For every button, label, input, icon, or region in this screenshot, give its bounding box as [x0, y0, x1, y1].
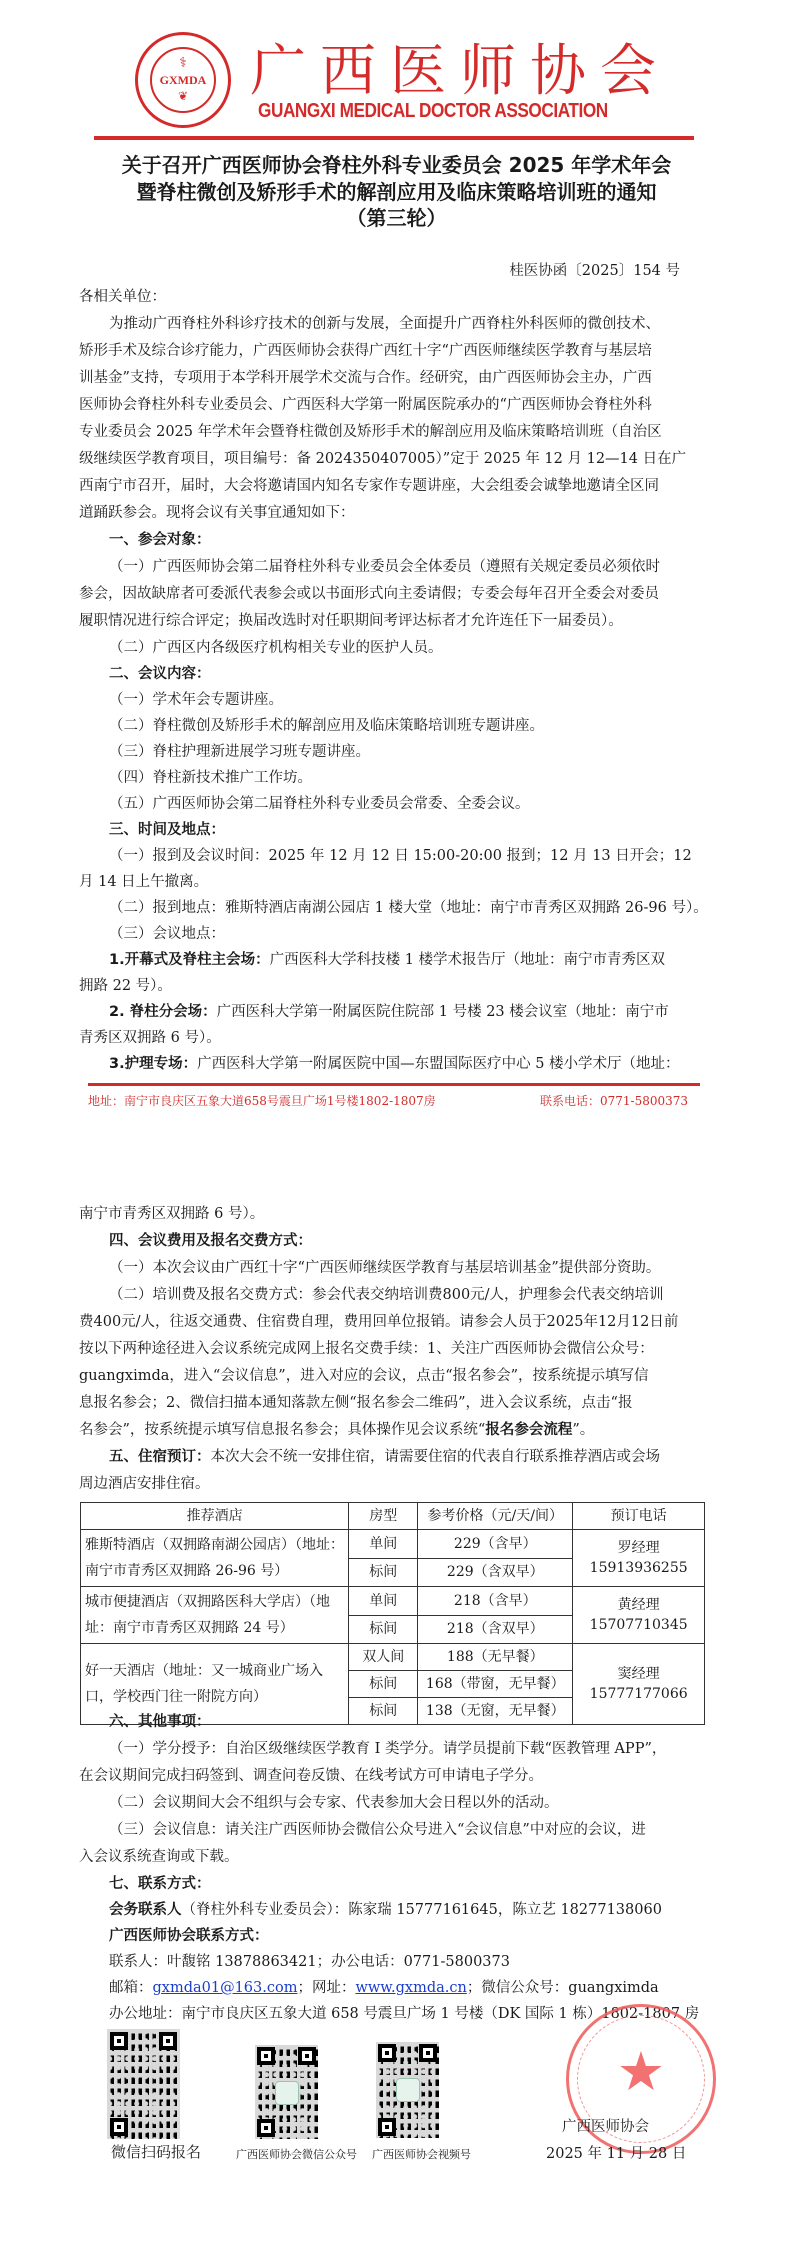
qr-code-registration[interactable] — [107, 2029, 180, 2139]
room-price: 229（含双早） — [418, 1558, 573, 1587]
venue-main-label: 1.开幕式及脊柱主会场： — [109, 952, 270, 968]
salutation: 各相关单位： — [79, 283, 706, 311]
table-header: 预订电话 — [573, 1503, 705, 1530]
fees-item: 息报名参会；2、微信扫描本通知落款左侧“报名参会二维码”，进入会议系统，点击“报 — [79, 1389, 706, 1417]
time-line: 月 14 日上午撤离。 — [79, 868, 706, 896]
accommodation-text: 本次大会不统一安排住宿，请需要住宿的代表自行联系推荐酒店或会场 — [211, 1449, 661, 1465]
org-name-en: GUANGXI MEDICAL DOCTOR ASSOCIATION — [258, 100, 608, 123]
fees-item: （一）本次会议由广西红十字“广西医师继续医学教育与基层培训基金”提供部分资助。 — [79, 1254, 706, 1282]
fees-text: 名参会”，按系统提示填写信息报名参会；具体操作见会议系统“ — [79, 1422, 485, 1438]
table-row: 雅斯特酒店（双拥路南湖公园店）（地址：南宁市青秀区双拥路 26-96 号） 单间… — [81, 1530, 705, 1559]
org-name-cn: 广西医师协会 — [250, 40, 600, 104]
star-icon: ★ — [569, 2045, 713, 2099]
room-type: 标间 — [349, 1558, 418, 1587]
room-price: 188（无早餐） — [418, 1644, 573, 1671]
table-header-row: 推荐酒店 房型 参考价格（元/天/间） 预订电话 — [81, 1503, 705, 1530]
logo-inner-ring: ⚕ GXMDA ❦ — [150, 47, 216, 113]
room-type: 标间 — [349, 1615, 418, 1644]
venue-nursing: 3.护理专场：广西医科大学第一附属医院中国—东盟国际医疗中心 5 楼小学术厅（地… — [79, 1050, 706, 1078]
other-item: 入会议系统查询或下载。 — [79, 1843, 706, 1871]
attendees-item: 参会，因故缺席者可委派代表参会或以书面形式向主委请假；专委会每年召开全委会对委员 — [79, 580, 706, 608]
page-footer-phone: 联系电话：0771-5800373 — [540, 1092, 688, 1109]
venue-main-cont: 拥路 22 号）。 — [79, 972, 706, 1000]
section-heading-accommodation: 五、住宿预订： — [109, 1449, 211, 1465]
intro-line: 矫形手术及综合诊疗能力，广西医师协会获得广西红十字“广西医师继续医学教育与基层培 — [79, 337, 706, 365]
contact-phone: 15777177066 — [577, 1684, 700, 1704]
laurel-icon: ❦ — [152, 89, 214, 103]
section-heading-fees: 四、会议费用及报名交费方式： — [79, 1227, 706, 1255]
room-price: 218（含早） — [418, 1587, 573, 1616]
qr-caption: 广西医师协会微信公众号 — [236, 2146, 357, 2162]
assoc-contact-line: 联系人：叶馥铭 13878863421；办公电话：0771-5800373 — [79, 1948, 706, 1976]
time-line: （一）报到及会议时间：2025 年 12 月 12 日 15:00-20:00 … — [79, 842, 706, 870]
venue-main: 1.开幕式及脊柱主会场：广西医科大学科技楼 1 楼学术报告厅（地址：南宁市青秀区… — [79, 946, 706, 974]
venue-branch: 2. 脊柱分会场：广西医科大学第一附属医院住院部 1 号楼 23 楼会议室（地址… — [79, 998, 706, 1026]
intro-line: 西南宁市召开，届时，大会将邀请国内知名专家作专题讲座，大会组委会诚挚地邀请全区同 — [79, 472, 706, 500]
hotel-table: 推荐酒店 房型 参考价格（元/天/间） 预订电话 雅斯特酒店（双拥路南湖公园店）… — [80, 1502, 705, 1725]
contact-phone: 15707710345 — [577, 1615, 700, 1635]
intro-line: 道踊跃参会。现将会议有关事宜通知如下： — [79, 499, 706, 527]
assoc-contact-heading: 广西医师协会联系方式： — [79, 1922, 706, 1950]
content-item: （一）学术年会专题讲座。 — [79, 686, 706, 714]
checkin-location: （二）报到地点：雅斯特酒店南湖公园店 1 楼大堂（地址：南宁市青秀区双拥路 26… — [79, 894, 706, 922]
attendees-item: （一）广西医师协会第二届脊柱外科专业委员会全体委员（遵照有关规定委员必须依时 — [79, 553, 706, 581]
intro-line: 训基金”支持，专项用于本学科开展学术交流与合作。经研究，由广西医师协会主办，广西 — [79, 364, 706, 392]
intro-line: 专业委员会 2025 年学术年会暨脊柱微创及矫形手术的解剖应用及临床策略培训班（… — [79, 418, 706, 446]
letterhead-divider — [94, 136, 694, 140]
section-heading-contact: 七、联系方式： — [79, 1870, 706, 1898]
venue-branch-text: 广西医科大学第一附属医院住院部 1 号楼 23 楼会议室（地址：南宁市 — [217, 1004, 669, 1020]
room-type: 双人间 — [349, 1644, 418, 1671]
attendees-item: （二）广西区内各级医疗机构相关专业的医护人员。 — [79, 634, 706, 662]
room-type: 单间 — [349, 1587, 418, 1616]
doc-title-line2: 暨脊柱微创及矫形手术的解剖应用及临床策略培训班的通知 — [60, 179, 733, 206]
fees-item: guangximda，进入“会议信息”，进入对应的会议，点击“报名参会”，按系统… — [79, 1362, 706, 1390]
section-heading-content: 二、会议内容： — [79, 660, 706, 688]
other-item: （二）会议期间大会不组织与会专家、代表参加大会日程以外的活动。 — [79, 1789, 706, 1817]
logo-text: GXMDA — [152, 73, 214, 88]
other-item: 在会议期间完成扫码签到、调查问卷反馈、在线考试方可申请电子学分。 — [79, 1762, 706, 1790]
qr-center-logo-icon — [396, 2078, 420, 2102]
fees-item-last: 名参会”，按系统提示填写信息报名参会；具体操作见会议系统“报名参会流程”。 — [79, 1416, 706, 1444]
content-item: （四）脊柱新技术推广工作坊。 — [79, 764, 706, 792]
affairs-contact: 会务联系人（脊柱外科专业委员会）：陈家瑞 15777161645，陈立艺 182… — [79, 1896, 706, 1924]
intro-line: 医师协会脊柱外科专业委员会、广西医科大学第一附属医院承办的“广西医师协会脊柱外科 — [79, 391, 706, 419]
fees-item: 按以下两种途径进入会议系统完成网上报名交费手续：1、关注广西医师协会微信公众号： — [79, 1335, 706, 1363]
email-link[interactable]: gxmda01@163.com — [153, 1980, 298, 1996]
caduceus-icon: ⚕ — [152, 55, 214, 71]
table-row: 城市便捷酒店（双拥路医科大学店）（地址：南宁市青秀区双拥路 24 号） 单间 2… — [81, 1587, 705, 1616]
signature-date: 2025 年 11 月 28 日 — [546, 2142, 686, 2163]
page-footer-divider — [88, 1083, 700, 1086]
room-price: 218（含双早） — [418, 1615, 573, 1644]
intro-line: 级继续医学教育项目，项目编号：备 2024350407005）”定于 2025 … — [79, 445, 706, 473]
accommodation-cont: 周边酒店安排住宿。 — [79, 1470, 706, 1498]
qr-code-wechat-account[interactable] — [255, 2045, 318, 2139]
contact-name: 罗经理 — [577, 1538, 700, 1558]
registration-flow-label: 报名参会流程 — [485, 1422, 572, 1438]
fees-item: （二）培训费及报名交费方式：参会代表交纳培训费800元/人，护理参会代表交纳培训 — [79, 1281, 706, 1309]
doc-title-line3: （第三轮） — [60, 205, 733, 232]
qr-caption: 广西医师协会视频号 — [372, 2146, 471, 2162]
room-type: 单间 — [349, 1530, 418, 1559]
contact-phone: 15913936255 — [577, 1558, 700, 1578]
doc-title-line1: 关于召开广西医师协会脊柱外科专业委员会 2025 年学术年会 — [60, 152, 733, 179]
page-footer-address: 地址：南宁市良庆区五象大道658号震旦广场1号楼1802-1807房 — [88, 1092, 436, 1109]
intro-line: 为推动广西脊柱外科诊疗技术的创新与发展，全面提升广西脊柱外科医师的微创技术、 — [79, 310, 706, 338]
fees-item: 费400元/人，往返交通费、住宿费自理，费用回单位报销。请参会人员于2025年1… — [79, 1308, 706, 1336]
website-link[interactable]: www.gxmda.cn — [355, 1980, 466, 1996]
venue-branch-cont: 青秀区双拥路 6 号）。 — [79, 1024, 706, 1052]
accommodation-line: 五、住宿预订：本次大会不统一安排住宿，请需要住宿的代表自行联系推荐酒店或会场 — [79, 1443, 706, 1471]
qr-code-video-account[interactable] — [376, 2042, 439, 2138]
table-row: 好一天酒店（地址：又一城商业广场入口，学校西门往一附院方向） 双人间 188（无… — [81, 1644, 705, 1671]
other-item: （一）学分授予：自治区级继续医学教育 I 类学分。请学员提前下载“医教管理 AP… — [79, 1735, 706, 1763]
signature-org: 广西医师协会 — [562, 2115, 649, 2136]
qr-center-logo-icon — [275, 2081, 299, 2105]
content-item: （二）脊柱微创及矫形手术的解剖应用及临床策略培训班专题讲座。 — [79, 712, 706, 740]
table-header: 房型 — [349, 1503, 418, 1530]
room-type: 标间 — [349, 1671, 418, 1698]
section-heading-time-place: 三、时间及地点： — [79, 816, 706, 844]
section-heading-other: 六、其他事项： — [79, 1708, 706, 1736]
qr-caption: 微信扫码报名 — [111, 2141, 201, 2162]
affairs-contact-text: （脊柱外科专业委员会）：陈家瑞 15777161645，陈立艺 18277138… — [182, 1902, 662, 1918]
hotel-name: 雅斯特酒店（双拥路南湖公园店）（地址：南宁市青秀区双拥路 26-96 号） — [81, 1530, 349, 1587]
hotel-contact: 黄经理 15707710345 — [573, 1587, 705, 1644]
venue-branch-label: 2. 脊柱分会场： — [109, 1004, 217, 1020]
email-label: 邮箱： — [109, 1980, 153, 1996]
venue-nursing-text: 广西医科大学第一附属医院中国—东盟国际医疗中心 5 楼小学术厅（地址： — [197, 1056, 679, 1072]
venue-main-text: 广西医科大学科技楼 1 楼学术报告厅（地址：南宁市青秀区双 — [270, 952, 665, 968]
room-price: 168（带窗，无早餐） — [418, 1671, 573, 1698]
content-item: （五）广西医师协会第二届脊柱外科专业委员会常委、全委会议。 — [79, 790, 706, 818]
contact-name: 窦经理 — [577, 1664, 700, 1684]
hotel-contact: 罗经理 15913936255 — [573, 1530, 705, 1587]
room-price: 229（含早） — [418, 1530, 573, 1559]
content-item: （三）脊柱护理新进展学习班专题讲座。 — [79, 738, 706, 766]
fees-text-end: ”。 — [572, 1422, 594, 1438]
other-item: （三）会议信息：请关注广西医师协会微信公众号进入“会议信息”中对应的会议，进 — [79, 1816, 706, 1844]
attendees-item: 履职情况进行综合评定；换届改选时对任职期间考评达标者才允许连任下一届委员）。 — [79, 607, 706, 635]
affairs-contact-label: 会务联系人 — [109, 1902, 182, 1918]
venue-heading: （三）会议地点： — [79, 920, 706, 948]
venue-nursing-cont: 南宁市青秀区双拥路 6 号）。 — [79, 1200, 706, 1228]
table-header: 参考价格（元/天/间） — [418, 1503, 573, 1530]
web-label: ；网址： — [297, 1980, 355, 1996]
section-heading-attendees: 一、参会对象： — [79, 526, 706, 554]
hotel-name: 城市便捷酒店（双拥路医科大学店）（地址：南宁市青秀区双拥路 24 号） — [81, 1587, 349, 1644]
doc-number: 桂医协函〔2025〕154 号 — [509, 257, 680, 285]
venue-nursing-label: 3.护理专场： — [109, 1056, 197, 1072]
contact-name: 黄经理 — [577, 1595, 700, 1615]
email-web-line: 邮箱：gxmda01@163.com；网址：www.gxmda.cn；微信公众号… — [79, 1974, 706, 2002]
association-logo: ⚕ GXMDA ❦ — [135, 32, 231, 128]
table-header: 推荐酒店 — [81, 1503, 349, 1530]
wechat-label: ；微信公众号：guangximda — [467, 1980, 659, 1996]
